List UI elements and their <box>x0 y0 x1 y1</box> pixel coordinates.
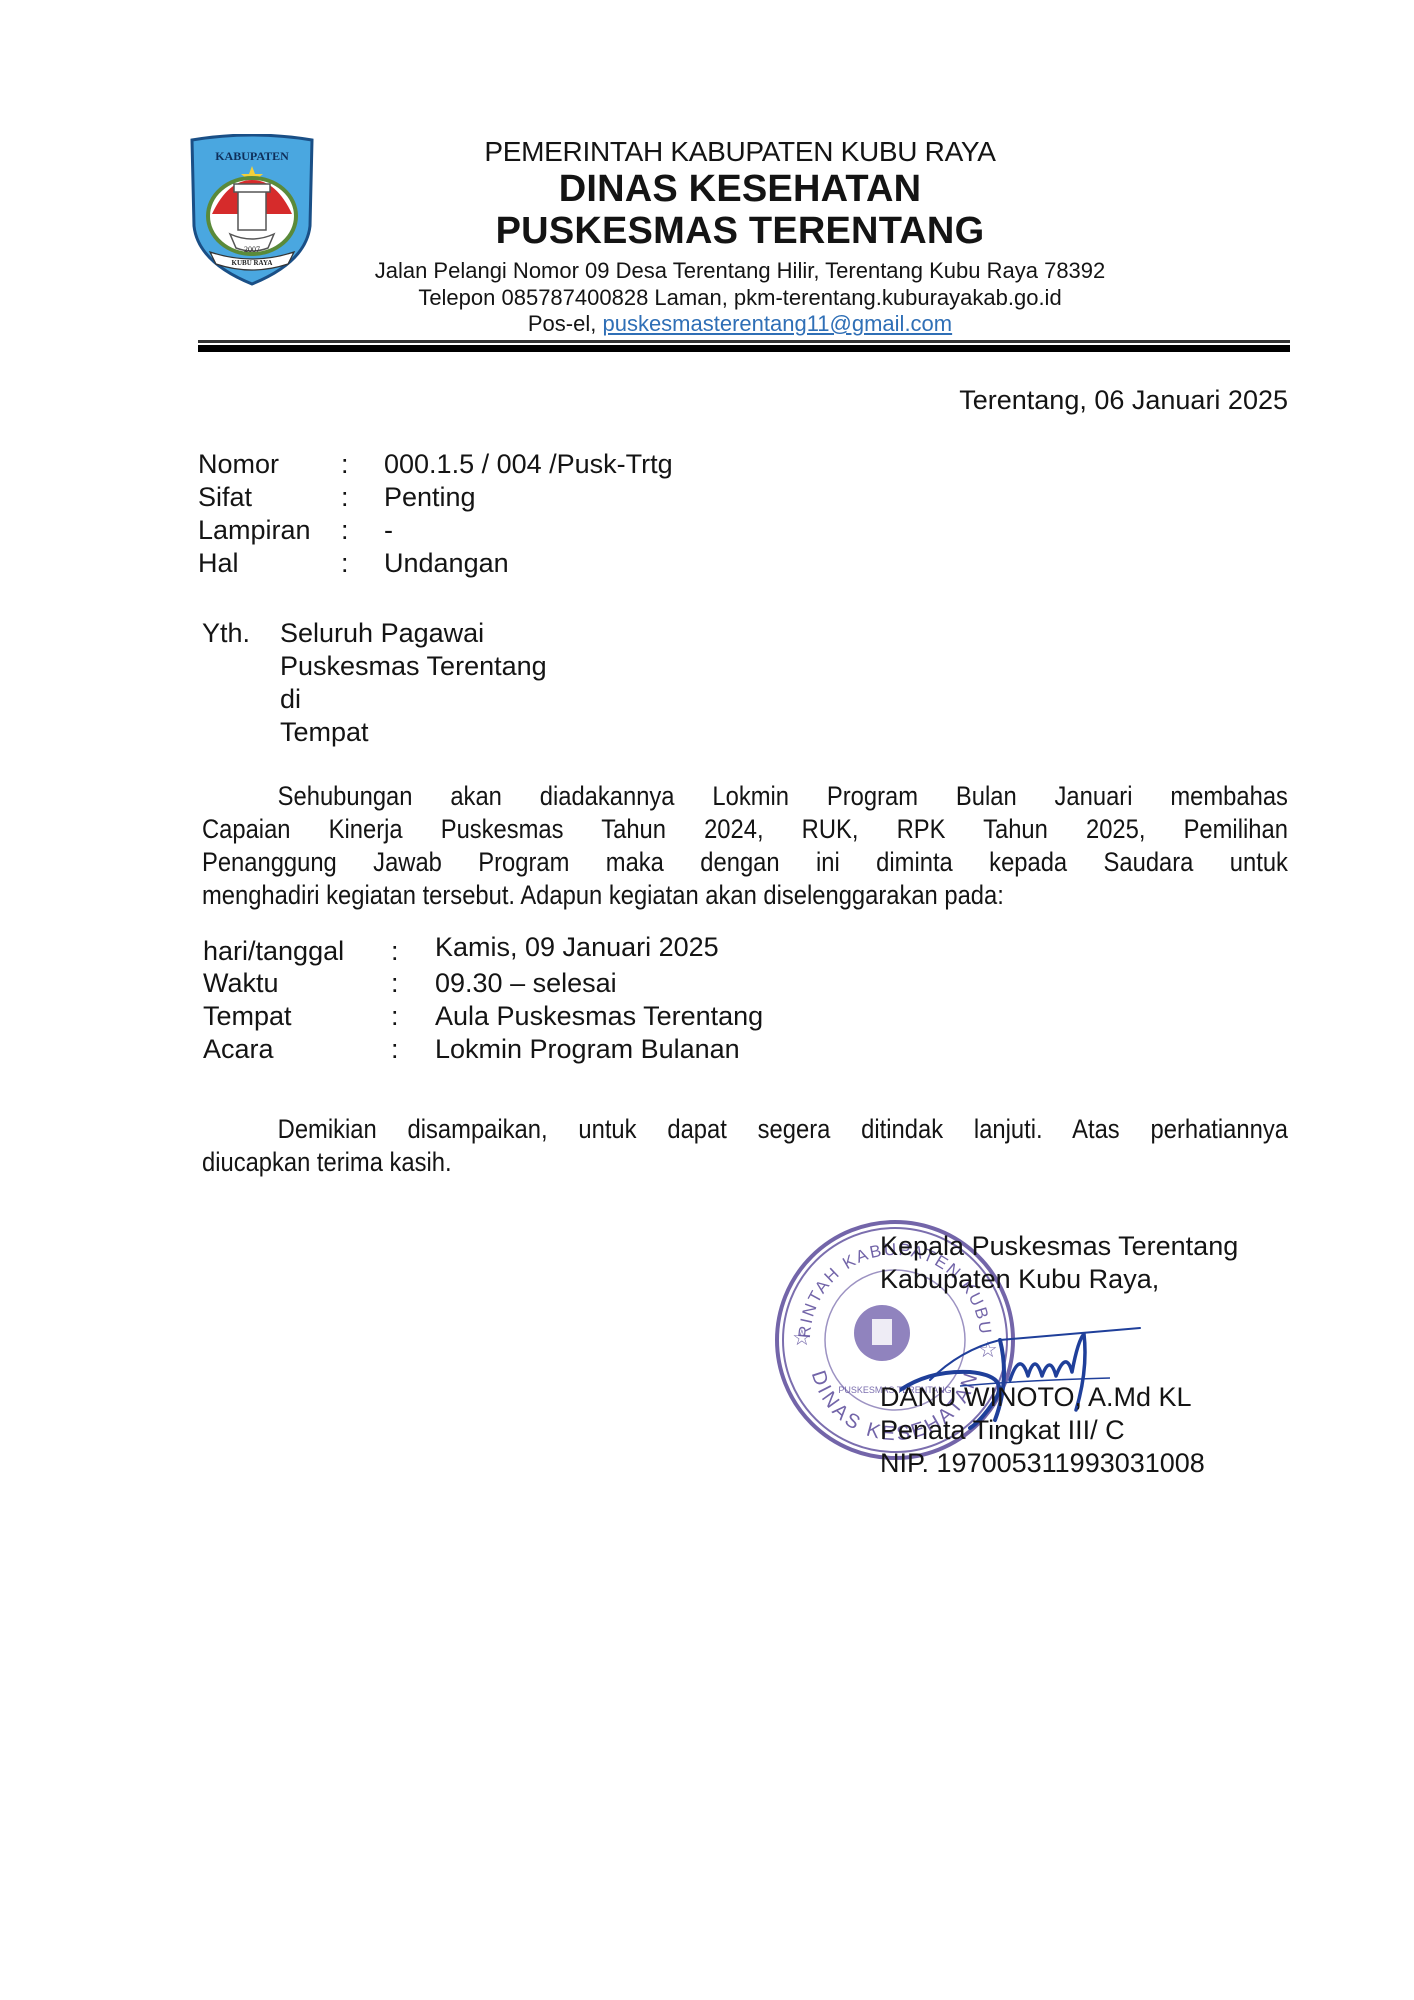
paragraph-line: Penanggung Jawab Program maka dengan ini… <box>202 846 1288 879</box>
signatory-position-line2: Kabupaten Kubu Raya, <box>880 1263 1159 1296</box>
signatory-position-line1: Kepala Puskesmas Terentang <box>880 1230 1238 1263</box>
event-value: Aula Puskesmas Terentang <box>435 1000 763 1033</box>
addressee-line: Seluruh Pagawai <box>280 617 484 650</box>
event-label: Waktu <box>203 967 279 1000</box>
addressee-line: Tempat <box>280 716 369 749</box>
meta-value: - <box>384 514 393 547</box>
meta-value: Penting <box>384 481 476 514</box>
event-separator: : <box>391 935 399 968</box>
meta-separator: : <box>341 547 349 580</box>
event-value: Lokmin Program Bulanan <box>435 1033 740 1066</box>
letterhead-divider-thick <box>198 345 1290 352</box>
contact-line: Telepon 085787400828 Laman, pkm-terentan… <box>330 285 1150 311</box>
svg-text:KUBU RAYA: KUBU RAYA <box>232 259 273 267</box>
letterhead-divider-thin <box>198 340 1290 343</box>
event-value: Kamis, 09 Januari 2025 <box>435 931 719 964</box>
event-separator: : <box>391 967 399 1000</box>
department-name: DINAS KESEHATAN <box>330 168 1150 211</box>
event-label: Tempat <box>203 1000 292 1033</box>
email-line: Pos-el, puskesmasterentang11@gmail.com <box>330 311 1150 337</box>
closing-paragraph: Demikian disampaikan, untuk dapat segera… <box>202 1113 1288 1179</box>
event-separator: : <box>391 1000 399 1033</box>
svg-text:KABUPATEN: KABUPATEN <box>215 149 289 163</box>
body-paragraph: Sehubungan akan diadakannya Lokmin Progr… <box>202 780 1288 912</box>
signatory-rank: Penata Tingkat III/ C <box>880 1414 1125 1447</box>
paragraph-line: Demikian disampaikan, untuk dapat segera… <box>202 1113 1288 1146</box>
meta-value: Undangan <box>384 547 509 580</box>
paragraph-line: Sehubungan akan diadakannya Lokmin Progr… <box>202 780 1288 813</box>
addressee-prefix: Yth. <box>202 617 250 650</box>
svg-text:2007: 2007 <box>244 245 260 254</box>
event-label: hari/tanggal <box>203 935 344 968</box>
email-link[interactable]: puskesmasterentang11@gmail.com <box>602 311 952 336</box>
meta-label: Nomor <box>198 448 279 481</box>
addressee-line: di <box>280 683 301 716</box>
paragraph-line: diucapkan terima kasih. <box>202 1146 1288 1179</box>
email-label: Pos-el, <box>528 311 596 336</box>
signatory-nip: NIP. 197005311993031008 <box>880 1447 1205 1480</box>
meta-label: Hal <box>198 547 239 580</box>
svg-text:☆: ☆ <box>792 1325 812 1350</box>
event-label: Acara <box>203 1033 274 1066</box>
addressee-line: Puskesmas Terentang <box>280 650 547 683</box>
paragraph-line: menghadiri kegiatan tersebut. Adapun keg… <box>202 879 1288 912</box>
meta-label: Sifat <box>198 481 252 514</box>
meta-value: 000.1.5 / 004 /Pusk-Trtg <box>384 448 673 481</box>
event-value: 09.30 – selesai <box>435 967 617 1000</box>
signatory-name: DANU WINOTO, A.Md KL <box>880 1381 1192 1414</box>
meta-label: Lampiran <box>198 514 311 547</box>
government-name: PEMERINTAH KABUPATEN KUBU RAYA <box>330 136 1150 168</box>
meta-separator: : <box>341 514 349 547</box>
unit-name: PUSKESMAS TERENTANG <box>330 210 1150 253</box>
meta-separator: : <box>341 481 349 514</box>
meta-separator: : <box>341 448 349 481</box>
letter-date: Terentang, 06 Januari 2025 <box>959 385 1288 416</box>
address-line: Jalan Pelangi Nomor 09 Desa Terentang Hi… <box>330 258 1150 284</box>
paragraph-line: Capaian Kinerja Puskesmas Tahun 2024, RU… <box>202 813 1288 846</box>
kabupaten-crest-icon: KABUPATEN 2007 KUBU RAYA <box>188 134 316 286</box>
event-separator: : <box>391 1033 399 1066</box>
